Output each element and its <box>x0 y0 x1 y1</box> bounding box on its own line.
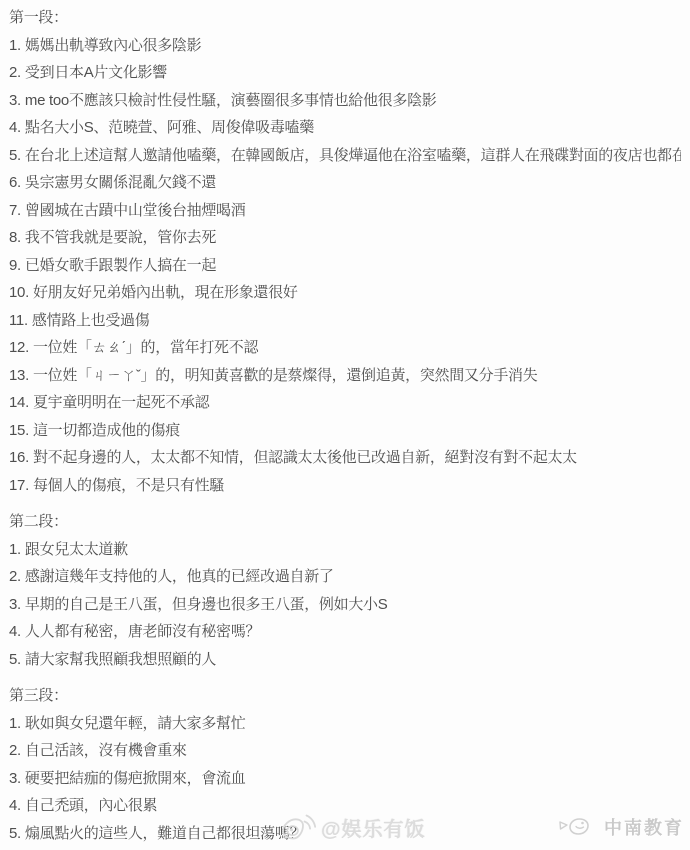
list-item: 16.對不起身邊的人，太太都不知情，但認識太太後他已改過自新，絕對沒有對不起太太 <box>9 444 681 472</box>
list-item: 5.在台北上述這幫人邀請他嗑藥，在韓國飯店，具俊燁逼他在浴室嗑藥，這群人在飛碟對… <box>9 142 681 170</box>
item-text: 一位姓「ㄐㄧㄚˇ」的，明知黃喜歡的是蔡燦得，還倒追黃，突然間又分手消失 <box>33 367 538 384</box>
list-item: 5.請大家幫我照顧我想照顧的人 <box>9 646 681 674</box>
item-text: 已婚女歌手跟製作人搞在一起 <box>25 257 216 274</box>
list-item: 5.煽風點火的這些人，難道自己都很坦蕩嗎？ <box>9 820 681 848</box>
list-item: 1.跟女兒太太道歉 <box>9 536 681 564</box>
item-text: 曾國城在古蹟中山堂後台抽煙喝酒 <box>25 202 246 219</box>
item-number: 17. <box>9 477 29 494</box>
list-item: 2.受到日本A片文化影響 <box>9 59 681 87</box>
article-page: { "page": { "background": "#fdfdfd", "te… <box>0 0 690 850</box>
item-text: 在台北上述這幫人邀請他嗑藥，在韓國飯店，具俊燁逼他在浴室嗑藥，這群人在飛碟對面的… <box>25 147 681 164</box>
item-number: 3. <box>9 596 21 613</box>
item-number: 13. <box>9 367 29 384</box>
item-number: 11. <box>9 312 28 329</box>
item-number: 4. <box>9 623 21 640</box>
item-number: 10. <box>9 284 29 301</box>
item-number: 5. <box>9 651 21 668</box>
item-text: 人人都有秘密，唐老師沒有秘密嗎？ <box>25 623 260 640</box>
list-item: 4.人人都有秘密，唐老師沒有秘密嗎？ <box>9 618 681 646</box>
item-text: me too不應該只檢討性侵性騷，演藝圈很多事情也給他很多陰影 <box>25 92 437 109</box>
item-number: 2. <box>9 64 21 81</box>
list-item: 2.自己活該，沒有機會重來 <box>9 737 681 765</box>
list-item: 9.已婚女歌手跟製作人搞在一起 <box>9 252 681 280</box>
item-number: 5. <box>9 147 21 164</box>
item-text: 自己活該，沒有機會重來 <box>25 742 187 759</box>
list-item: 14.夏宇童明明在一起死不承認 <box>9 389 681 417</box>
item-number: 12. <box>9 339 29 356</box>
item-number: 3. <box>9 770 21 787</box>
list-item: 4.自己禿頭，內心很累 <box>9 792 681 820</box>
list-item: 13.一位姓「ㄐㄧㄚˇ」的，明知黃喜歡的是蔡燦得，還倒追黃，突然間又分手消失 <box>9 362 681 390</box>
item-number: 1. <box>9 715 21 732</box>
list-item: 3.me too不應該只檢討性侵性騷，演藝圈很多事情也給他很多陰影 <box>9 87 681 115</box>
item-number: 8. <box>9 229 21 246</box>
item-text: 請大家幫我照顧我想照顧的人 <box>25 651 216 668</box>
list-item: 15.這一切都造成他的傷痕 <box>9 417 681 445</box>
section-title: 第二段： <box>9 508 681 536</box>
item-number: 7. <box>9 202 21 219</box>
item-text: 煽風點火的這些人，難道自己都很坦蕩嗎？ <box>25 825 304 842</box>
item-text: 耿如與女兒還年輕，請大家多幫忙 <box>25 715 246 732</box>
item-text: 自己禿頭，內心很累 <box>25 797 157 814</box>
item-text: 對不起身邊的人，太太都不知情，但認識太太後他已改過自新，絕對沒有對不起太太 <box>33 449 577 466</box>
section-title: 第一段： <box>9 4 681 32</box>
item-text: 跟女兒太太道歉 <box>25 541 128 558</box>
item-text: 好朋友好兄弟婚內出軌，現在形象還很好 <box>33 284 298 301</box>
item-text: 硬要把結痂的傷疤掀開來，會流血 <box>25 770 246 787</box>
item-number: 3. <box>9 92 21 109</box>
item-number: 15. <box>9 422 29 439</box>
list-item: 2.感謝這幾年支持他的人，他真的已經改過自新了 <box>9 563 681 591</box>
list-item: 4.點名大小S、范曉萱、阿雅、周俊偉吸毒嗑藥 <box>9 114 681 142</box>
list-item: 7.曾國城在古蹟中山堂後台抽煙喝酒 <box>9 197 681 225</box>
item-number: 1. <box>9 541 21 558</box>
item-number: 5. <box>9 825 21 842</box>
list-item: 8.我不管我就是要說，管你去死 <box>9 224 681 252</box>
item-text: 感情路上也受過傷 <box>32 312 150 329</box>
item-text: 我不管我就是要說，管你去死 <box>25 229 216 246</box>
list-item: 12.一位姓「ㄊㄠˊ」的，當年打死不認 <box>9 334 681 362</box>
list-item: 10.好朋友好兄弟婚內出軌，現在形象還很好 <box>9 279 681 307</box>
list-item: 1.耿如與女兒還年輕，請大家多幫忙 <box>9 710 681 738</box>
item-text: 感謝這幾年支持他的人，他真的已經改過自新了 <box>25 568 334 585</box>
item-number: 2. <box>9 568 21 585</box>
list-content: 第一段：1.媽媽出軌導致內心很多陰影2.受到日本A片文化影響3.me too不應… <box>0 0 690 847</box>
list-item: 17.每個人的傷痕，不是只有性騷 <box>9 472 681 500</box>
list-item: 11.感情路上也受過傷 <box>9 307 681 335</box>
item-text: 媽媽出軌導致內心很多陰影 <box>25 37 201 54</box>
item-text: 每個人的傷痕，不是只有性騷 <box>33 477 224 494</box>
item-number: 16. <box>9 449 29 466</box>
list-item: 1.媽媽出軌導致內心很多陰影 <box>9 32 681 60</box>
item-number: 4. <box>9 797 21 814</box>
item-number: 14. <box>9 394 29 411</box>
item-number: 2. <box>9 742 21 759</box>
item-text: 這一切都造成他的傷痕 <box>33 422 180 439</box>
item-text: 受到日本A片文化影響 <box>25 64 167 81</box>
list-item: 6.吳宗憲男女關係混亂欠錢不還 <box>9 169 681 197</box>
list-item: 3.早期的自己是王八蛋，但身邊也很多王八蛋，例如大小S <box>9 591 681 619</box>
list-item: 3.硬要把結痂的傷疤掀開來，會流血 <box>9 765 681 793</box>
item-text: 夏宇童明明在一起死不承認 <box>33 394 209 411</box>
item-number: 9. <box>9 257 21 274</box>
section-title: 第三段： <box>9 682 681 710</box>
item-number: 6. <box>9 174 21 191</box>
item-text: 吳宗憲男女關係混亂欠錢不還 <box>25 174 216 191</box>
item-text: 早期的自己是王八蛋，但身邊也很多王八蛋，例如大小S <box>25 596 388 613</box>
item-number: 1. <box>9 37 21 54</box>
item-text: 點名大小S、范曉萱、阿雅、周俊偉吸毒嗑藥 <box>25 119 314 136</box>
item-number: 4. <box>9 119 21 136</box>
item-text: 一位姓「ㄊㄠˊ」的，當年打死不認 <box>33 339 258 356</box>
